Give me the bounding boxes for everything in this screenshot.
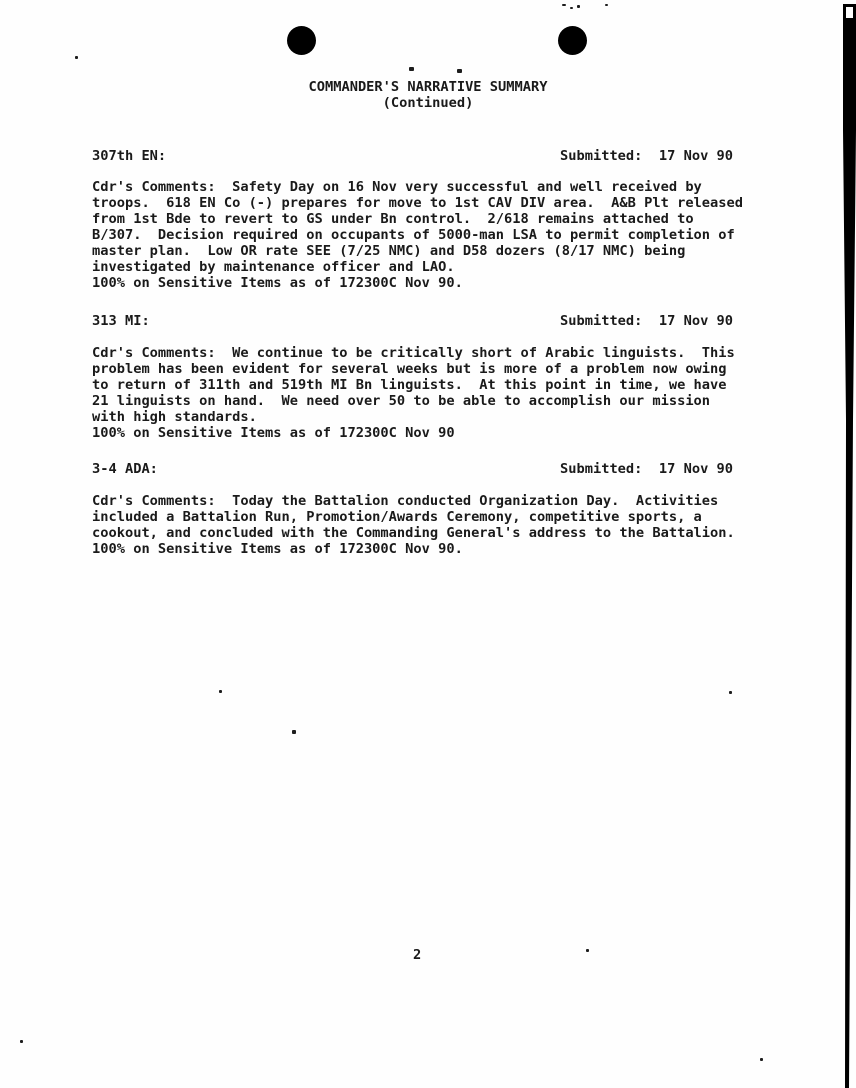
submitted-label: Submitted: [560,313,642,329]
unit-label: 307th EN: [92,148,166,164]
section-header-307th-en: 307th EN: Submitted:17 Nov 90 [92,148,792,164]
scanned-document-page: { "page": { "title": "COMMANDER'S NARRAT… [0,0,856,1088]
unit-label: 313 MI: [92,313,150,329]
unit-label: 3-4 ADA: [92,461,158,477]
scan-speck [570,7,573,9]
scan-edge-artifact [840,0,856,1088]
scan-speck [729,691,732,694]
page-title: COMMANDER'S NARRATIVE SUMMARY [0,79,856,95]
submitted-date: 17 Nov 90 [659,148,733,164]
submitted-date: 17 Nov 90 [659,313,733,329]
hole-punch-dot-right [558,26,587,55]
submitted-label: Submitted: [560,461,642,477]
scan-speck [760,1058,763,1061]
scan-speck [457,69,462,73]
scan-speck [577,5,580,8]
scan-speck [562,4,566,6]
scan-speck [586,949,589,952]
hole-punch-dot-left [287,26,316,55]
submitted-line: Submitted:17 Nov 90 [560,148,733,164]
submitted-line: Submitted:17 Nov 90 [560,313,733,329]
submitted-date: 17 Nov 90 [659,461,733,477]
scan-speck [75,56,78,59]
section-body-313-mi: Cdr's Comments: We continue to be critic… [92,345,735,441]
page-number: 2 [413,947,421,963]
section-body-307th-en: Cdr's Comments: Safety Day on 16 Nov ver… [92,179,743,291]
scan-speck [292,730,296,734]
scan-speck [605,4,608,6]
submitted-line: Submitted:17 Nov 90 [560,461,733,477]
section-header-313-mi: 313 MI: Submitted:17 Nov 90 [92,313,792,329]
document-title-block: COMMANDER'S NARRATIVE SUMMARY (Continued… [0,79,856,111]
scan-speck [409,67,414,71]
submitted-label: Submitted: [560,148,642,164]
section-header-3-4-ada: 3-4 ADA: Submitted:17 Nov 90 [92,461,792,477]
section-body-3-4-ada: Cdr's Comments: Today the Battalion cond… [92,493,735,557]
scan-speck [20,1040,23,1043]
page-subtitle: (Continued) [0,95,856,111]
scan-speck [219,690,222,693]
